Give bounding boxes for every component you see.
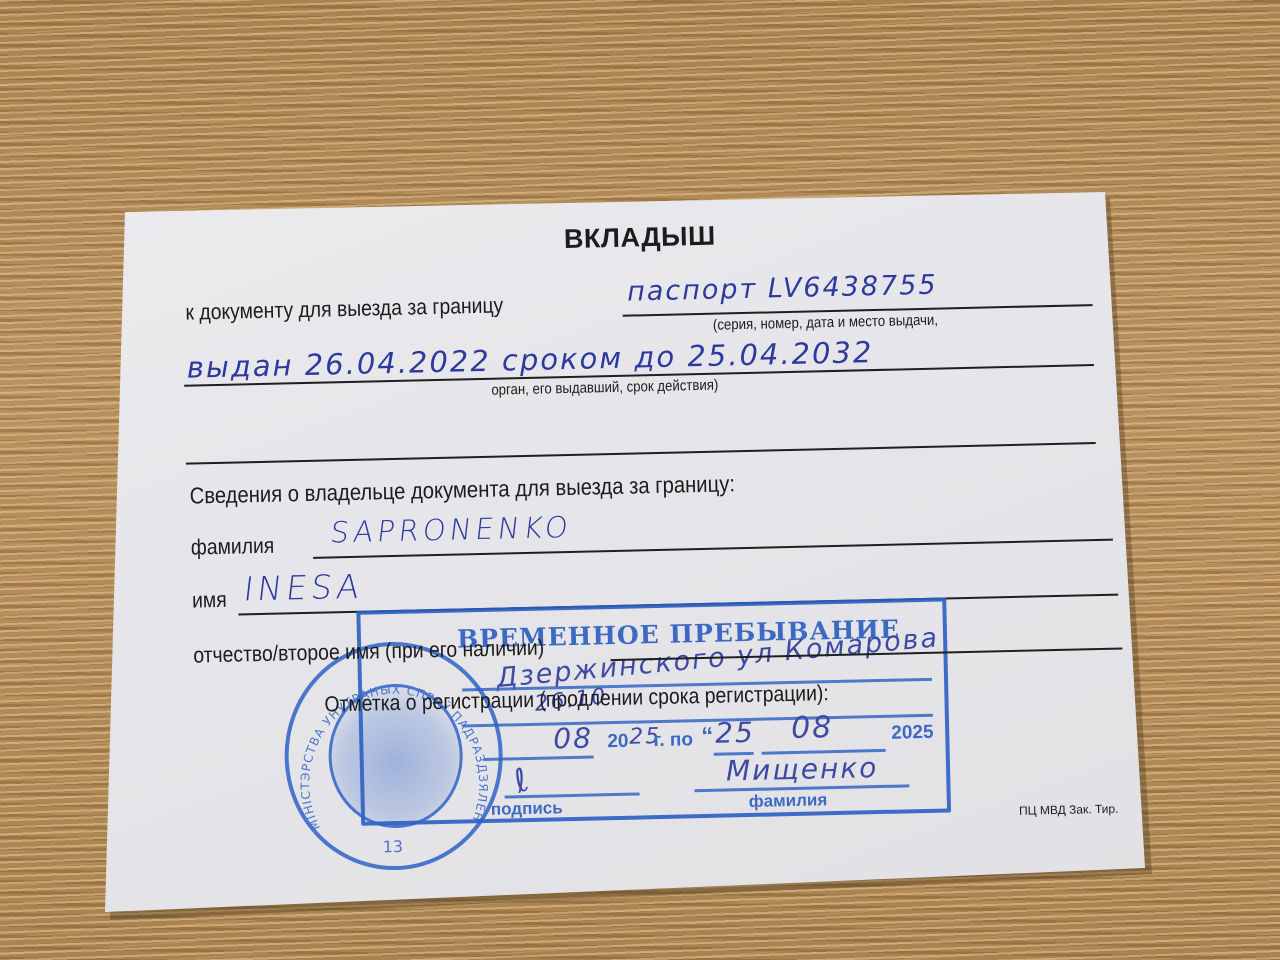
name-label: имя: [192, 587, 227, 614]
stamp-date-rule: [463, 714, 933, 728]
print-footer: ПЦ МВД Зак. Тир.: [1019, 802, 1119, 818]
stamp-signature-label: подпись: [491, 798, 563, 820]
surname-label: фамилия: [191, 533, 275, 561]
seal-text: МІНІСТЭРСТВА УНУТРАНЫХ СПРАЎ ПАДРАЗДЗЯЛЕ…: [286, 644, 491, 833]
blank-rule: [186, 442, 1096, 465]
document-content: ВКЛАДЫШ к документу для выезда за границ…: [125, 179, 1140, 892]
document-reference-label: к документу для выезда за границу: [185, 292, 503, 325]
stamp-date-to-month: 08: [791, 710, 834, 746]
document-reference-value: паспорт LV6438755: [627, 270, 938, 308]
document-title: ВКЛАДЫШ: [564, 221, 716, 255]
issuer-hint: орган, его выдавший, срок действия): [491, 377, 718, 399]
seal-ring-text: МІНІСТЭРСТВА УНУТРАНЫХ СПРАЎ ПАДРАЗДЗЯЛЕ…: [286, 644, 501, 869]
document-reference-hint: (серия, номер, дата и место выдачи,: [713, 312, 938, 334]
owner-heading: Сведения о владельце документа для выезд…: [189, 470, 735, 509]
name-value: INESA: [242, 567, 366, 609]
stamp-officer-surname: Мищенко: [726, 751, 879, 787]
seal-number: 13: [382, 837, 403, 856]
svg-text:МІНІСТЭРСТВА УНУТРАНЫХ СПРАЎ П: МІНІСТЭРСТВА УНУТРАНЫХ СПРАЎ ПАДРАЗДЗЯЛЕ…: [286, 644, 491, 833]
stamp-surname-label: фамилия: [749, 790, 828, 812]
stamp-date-from-month: 08: [553, 722, 593, 756]
surname-value: SAPRONENKO: [329, 510, 574, 550]
stamp-until-label: г. по: [653, 729, 693, 752]
stamp-date-to-day: 25: [715, 716, 755, 750]
stamp-year-to: 2025: [891, 722, 934, 745]
ministry-seal: МІНІСТЭРСТВА УНУТРАНЫХ СПРАЎ ПАДРАЗДЗЯЛЕ…: [282, 640, 505, 873]
stamp-year-prefix: 20: [607, 731, 629, 753]
stamp-quote-open: “: [701, 723, 714, 751]
